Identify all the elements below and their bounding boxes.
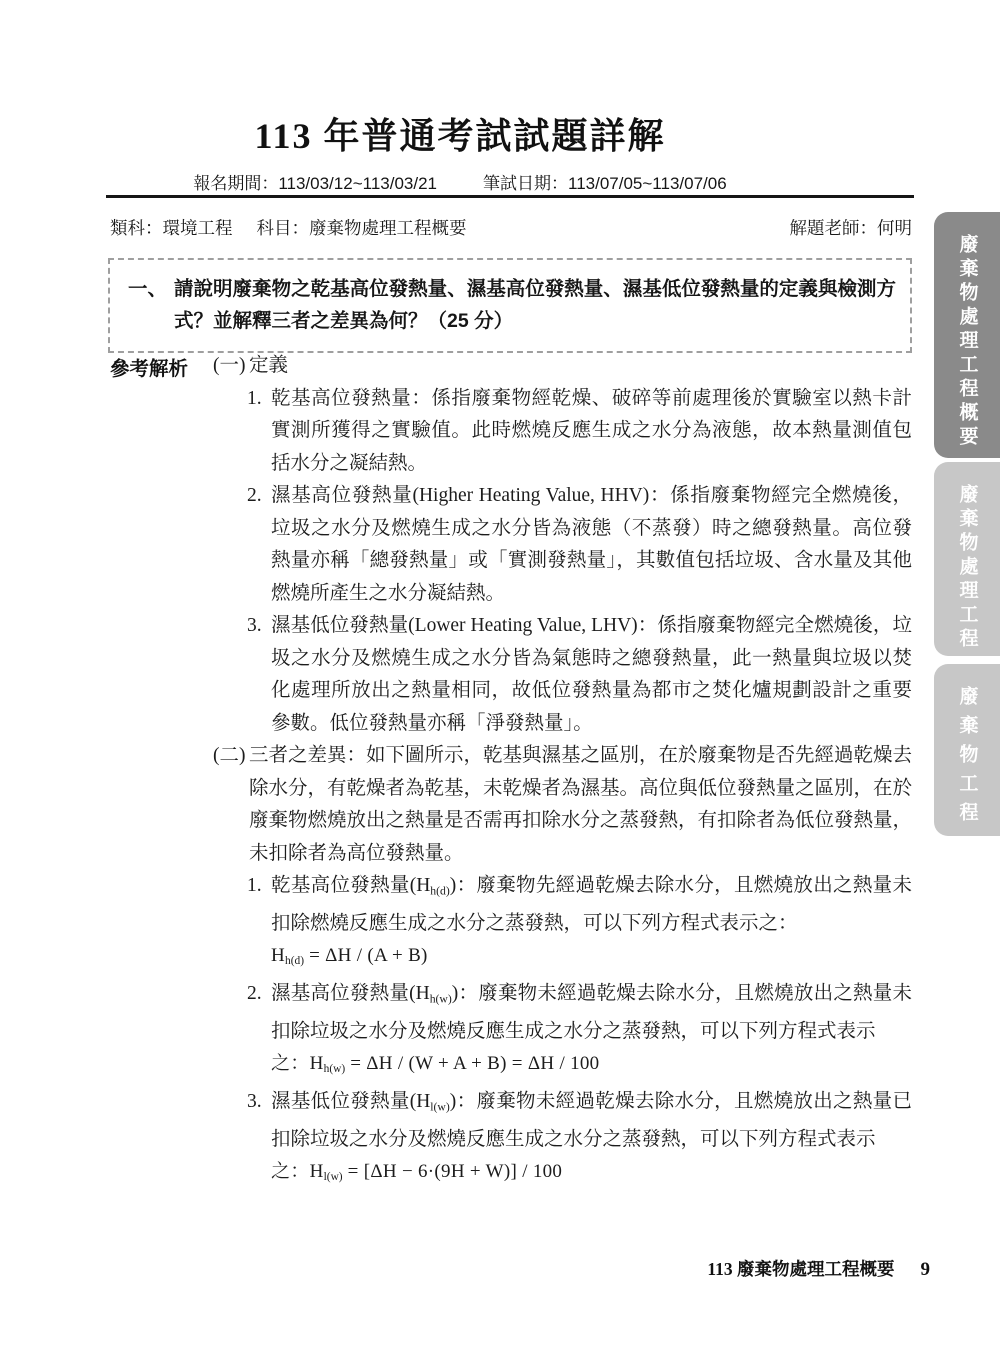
item-number: 1. (247, 870, 271, 978)
dates-row: 報名期間：113/03/12~113/03/21 筆試日期：113/07/05~… (0, 169, 920, 194)
item-text-pre: 濕基高位發熱量(H (271, 983, 430, 1004)
section-1-title: 定義 (249, 350, 912, 383)
exam-date: 筆試日期：113/07/05~113/07/06 (483, 169, 727, 194)
formula-pre: 之：H (271, 1161, 324, 1182)
list-item: 2. 濕基高位發熱量(Higher Heating Value, HHV)：係指… (247, 480, 912, 610)
registration-period: 報名期間：113/03/12~113/03/21 (193, 169, 437, 194)
formula: 之：Hl(w) = [ΔH − 6·(9H + W)] / 100 (271, 1156, 912, 1194)
section-2-heading: (二) 三者之差異：如下圖所示，乾基與濕基之區別，在於廢棄物是否先經過乾燥去除水… (213, 740, 912, 870)
solution-body: (一) 定義 1. 乾基高位發熱量：係指廢棄物經乾燥、破碎等前處理後於實驗室以熱… (213, 350, 912, 1194)
formula-subscript: h(w) (324, 1063, 346, 1075)
item-text: 濕基高位發熱量(Hh(w))：廢棄物未經過乾燥去除水分，且燃燒放出之熱量未扣除垃… (271, 978, 912, 1086)
item-number: 3. (247, 610, 271, 740)
item-text: 濕基低位發熱量(Hl(w))：廢棄物未經過乾燥去除水分，且燃燒放出之熱量已扣除垃… (271, 1086, 912, 1194)
list-item: 3. 濕基低位發熱量(Hl(w))：廢棄物未經過乾燥去除水分，且燃燒放出之熱量已… (247, 1086, 912, 1194)
subscript: l(w) (430, 1100, 449, 1113)
document-page: 113 年普通考試試題詳解 報名期間：113/03/12~113/03/21 筆… (0, 0, 1000, 1353)
question-number: 一、 (128, 273, 174, 337)
formula-rest: = ΔH / (W + A + B) = ΔH / 100 (345, 1053, 599, 1074)
page-title: 113 年普通考試試題詳解 (0, 108, 920, 159)
side-tab-waste-engineering: 廢棄物工程 (934, 664, 1000, 836)
formula-pre: H (271, 945, 285, 966)
question-text: 請說明廢棄物之乾基高位發熱量、濕基高位發熱量、濕基低位發熱量的定義與檢測方式？並… (174, 273, 896, 337)
formula-rest: = ΔH / (A + B) (304, 945, 428, 966)
list-item: 2. 濕基高位發熱量(Hh(w))：廢棄物未經過乾燥去除水分，且燃燒放出之熱量未… (247, 978, 912, 1086)
item-text: 乾基高位發熱量：係指廢棄物經乾燥、破碎等前處理後於實驗室以熱卡計實測所獲得之實驗… (271, 383, 912, 481)
item-text-pre: 乾基高位發熱量(H (271, 875, 430, 896)
item-number: 1. (247, 383, 271, 481)
subscript: h(d) (430, 884, 449, 897)
page-footer: 113 廢棄物處理工程概要 9 (707, 1256, 930, 1281)
item-number: 2. (247, 480, 271, 610)
formula-pre: 之：H (271, 1053, 324, 1074)
item-text-pre: 濕基低位發熱量(H (271, 1091, 430, 1112)
item-text: 濕基高位發熱量(Higher Heating Value, HHV)：係指廢棄物… (271, 480, 912, 610)
item-number: 3. (247, 1086, 271, 1194)
side-tab-waste-treatment-engineering: 廢棄物處理工程 (934, 462, 1000, 656)
formula: Hh(d) = ΔH / (A + B) (271, 940, 912, 978)
question-box: 一、 請說明廢棄物之乾基高位發熱量、濕基高位發熱量、濕基低位發熱量的定義與檢測方… (108, 258, 912, 353)
header-rule (106, 195, 914, 198)
footer-page-number: 9 (921, 1259, 931, 1281)
formula-subscript: l(w) (324, 1171, 343, 1183)
section-1-heading: (一) 定義 (213, 350, 912, 383)
list-item: 3. 濕基低位發熱量(Lower Heating Value, LHV)：係指廢… (247, 610, 912, 740)
teacher-label: 解題老師：何明 (790, 215, 913, 240)
category-label: 類科：環境工程 (110, 215, 233, 240)
section-1-marker: (一) (213, 350, 249, 383)
meta-row: 類科：環境工程 科目：廢棄物處理工程概要 解題老師：何明 (110, 215, 912, 240)
section-1-list: 1. 乾基高位發熱量：係指廢棄物經乾燥、破碎等前處理後於實驗室以熱卡計實測所獲得… (247, 383, 912, 741)
subscript: h(w) (430, 992, 452, 1005)
section-2-marker: (二) (213, 740, 249, 870)
item-text: 乾基高位發熱量(Hh(d))：廢棄物先經過乾燥去除水分，且燃燒放出之熱量未扣除燃… (271, 870, 912, 978)
section-2-intro: 三者之差異：如下圖所示，乾基與濕基之區別，在於廢棄物是否先經過乾燥去除水分，有乾… (249, 740, 912, 870)
section-2-list: 1. 乾基高位發熱量(Hh(d))：廢棄物先經過乾燥去除水分，且燃燒放出之熱量未… (247, 870, 912, 1194)
footer-book-title: 113 廢棄物處理工程概要 (707, 1256, 894, 1281)
list-item: 1. 乾基高位發熱量(Hh(d))：廢棄物先經過乾燥去除水分，且燃燒放出之熱量未… (247, 870, 912, 978)
formula-subscript: h(d) (285, 955, 304, 967)
formula-rest: = [ΔH − 6·(9H + W)] / 100 (343, 1161, 563, 1182)
subject-label: 科目：廢棄物處理工程概要 (257, 215, 467, 240)
solution-label: 參考解析 (110, 353, 188, 381)
side-tab-subject-overview-active: 廢棄物處理工程概要 (934, 212, 1000, 458)
list-item: 1. 乾基高位發熱量：係指廢棄物經乾燥、破碎等前處理後於實驗室以熱卡計實測所獲得… (247, 383, 912, 481)
formula: 之：Hh(w) = ΔH / (W + A + B) = ΔH / 100 (271, 1048, 912, 1086)
item-text: 濕基低位發熱量(Lower Heating Value, LHV)：係指廢棄物經… (271, 610, 912, 740)
item-number: 2. (247, 978, 271, 1086)
